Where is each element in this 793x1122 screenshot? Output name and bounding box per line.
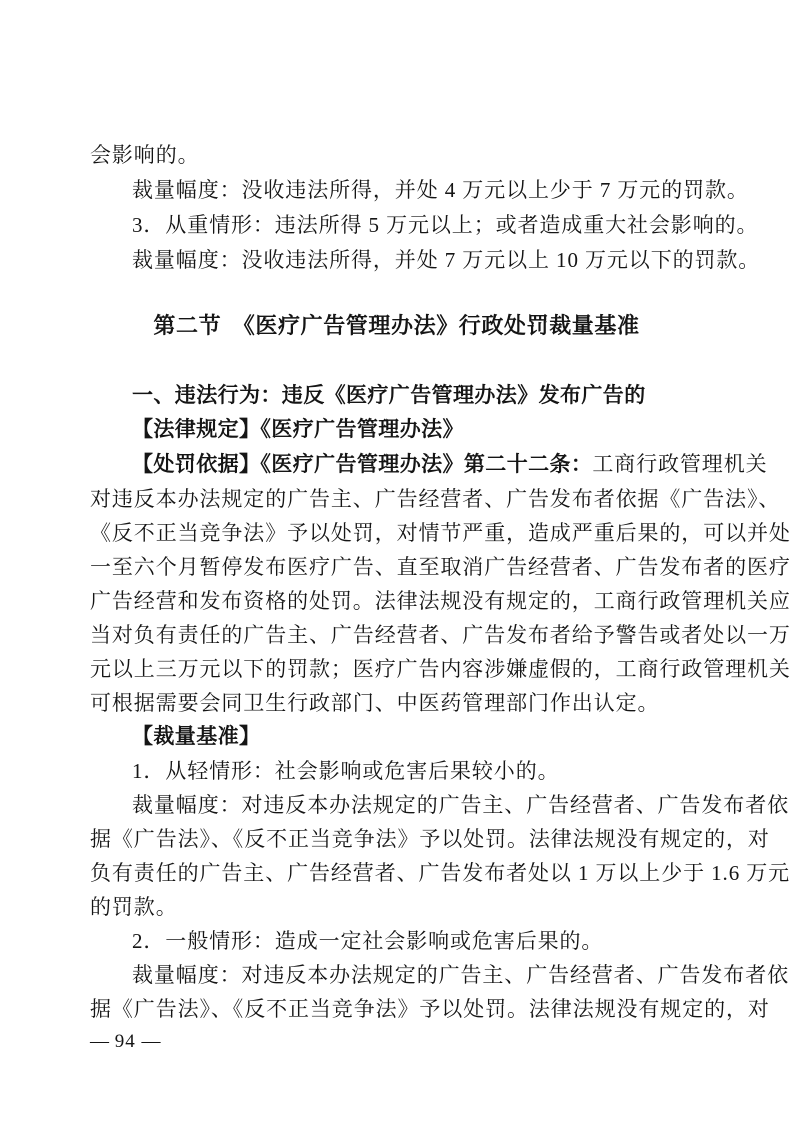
text-line: 可根据需要会同卫生行政部门、中医药管理部门作出认定。 bbox=[90, 686, 703, 720]
text-line: 裁量幅度：对违反本办法规定的广告主、广告经营者、广告发布者依 bbox=[90, 788, 703, 822]
text-line: 裁量幅度：对违反本办法规定的广告主、广告经营者、广告发布者依 bbox=[90, 958, 703, 992]
text-line: 3．从重情形：违法所得 5 万元以上；或者造成重大社会影响的。 bbox=[90, 208, 703, 243]
text-line: 广告经营和发布资格的处罚。法律法规没有规定的，工商行政管理机关应 bbox=[90, 584, 703, 618]
penalty-basis-label: 【处罚依据】《医疗广告管理办法》第二十二条： bbox=[132, 453, 592, 476]
text-line: 元以上三万元以下的罚款；医疗广告内容涉嫌虚假的，工商行政管理机关 bbox=[90, 652, 703, 686]
text-line: 1．从轻情形：社会影响或危害后果较小的。 bbox=[90, 754, 703, 788]
text-line: 会影响的。 bbox=[90, 138, 703, 173]
footer-left-dash: — bbox=[90, 1031, 109, 1052]
text-line: 裁量幅度：没收违法所得，并处 4 万元以上少于 7 万元的罚款。 bbox=[90, 173, 703, 208]
text-line: 《反不正当竞争法》予以处罚，对情节严重，造成严重后果的，可以并处 bbox=[90, 516, 703, 550]
penalty-basis-line: 【处罚依据】《医疗广告管理办法》第二十二条：工商行政管理机关 bbox=[90, 447, 703, 482]
text-line: 当对负有责任的广告主、广告经营者、广告发布者给予警告或者处以一万 bbox=[90, 618, 703, 652]
text-line: 2．一般情形：造成一定社会影响或危害后果的。 bbox=[90, 924, 703, 958]
text-line: 的罚款。 bbox=[90, 890, 703, 924]
text-line: 据《广告法》、《反不正当竞争法》予以处罚。法律法规没有规定的，对 bbox=[90, 822, 703, 856]
legal-basis-line: 【法律规定】《医疗广告管理办法》 bbox=[90, 413, 703, 447]
page-content: 会影响的。 裁量幅度：没收违法所得，并处 4 万元以上少于 7 万元的罚款。 3… bbox=[0, 0, 793, 1026]
text-line: 负有责任的广告主、广告经营者、广告发布者处以 1 万以上少于 1.6 万元 bbox=[90, 856, 703, 890]
text-line: 裁量幅度：没收违法所得，并处 7 万元以上 10 万元以下的罚款。 bbox=[90, 243, 703, 278]
footer-right-dash: — bbox=[142, 1031, 161, 1052]
intro-paragraphs: 会影响的。 裁量幅度：没收违法所得，并处 4 万元以上少于 7 万元的罚款。 3… bbox=[90, 138, 703, 278]
page-footer: — 94 — bbox=[90, 1030, 161, 1054]
section-heading: 第二节 《医疗广告管理办法》行政处罚裁量基准 bbox=[90, 306, 703, 346]
violation-title-line: 一、违法行为：违反《医疗广告管理办法》发布广告的 bbox=[90, 379, 703, 413]
text-line: 据《广告法》、《反不正当竞争法》予以处罚。法律法规没有规定的，对 bbox=[90, 992, 703, 1026]
text-line: 对违反本办法规定的广告主、广告经营者、广告发布者依据《广告法》、 bbox=[90, 482, 703, 516]
page-number: 94 bbox=[115, 1031, 136, 1052]
penalty-basis-text: 工商行政管理机关 bbox=[592, 452, 767, 476]
text-line: 一至六个月暂停发布医疗广告、直至取消广告经营者、广告发布者的医疗 bbox=[90, 550, 703, 584]
section-body: 一、违法行为：违反《医疗广告管理办法》发布广告的 【法律规定】《医疗广告管理办法… bbox=[90, 379, 703, 1026]
document-page: 会影响的。 裁量幅度：没收违法所得，并处 4 万元以上少于 7 万元的罚款。 3… bbox=[0, 0, 793, 1122]
discretion-standard-label: 【裁量基准】 bbox=[90, 720, 703, 754]
